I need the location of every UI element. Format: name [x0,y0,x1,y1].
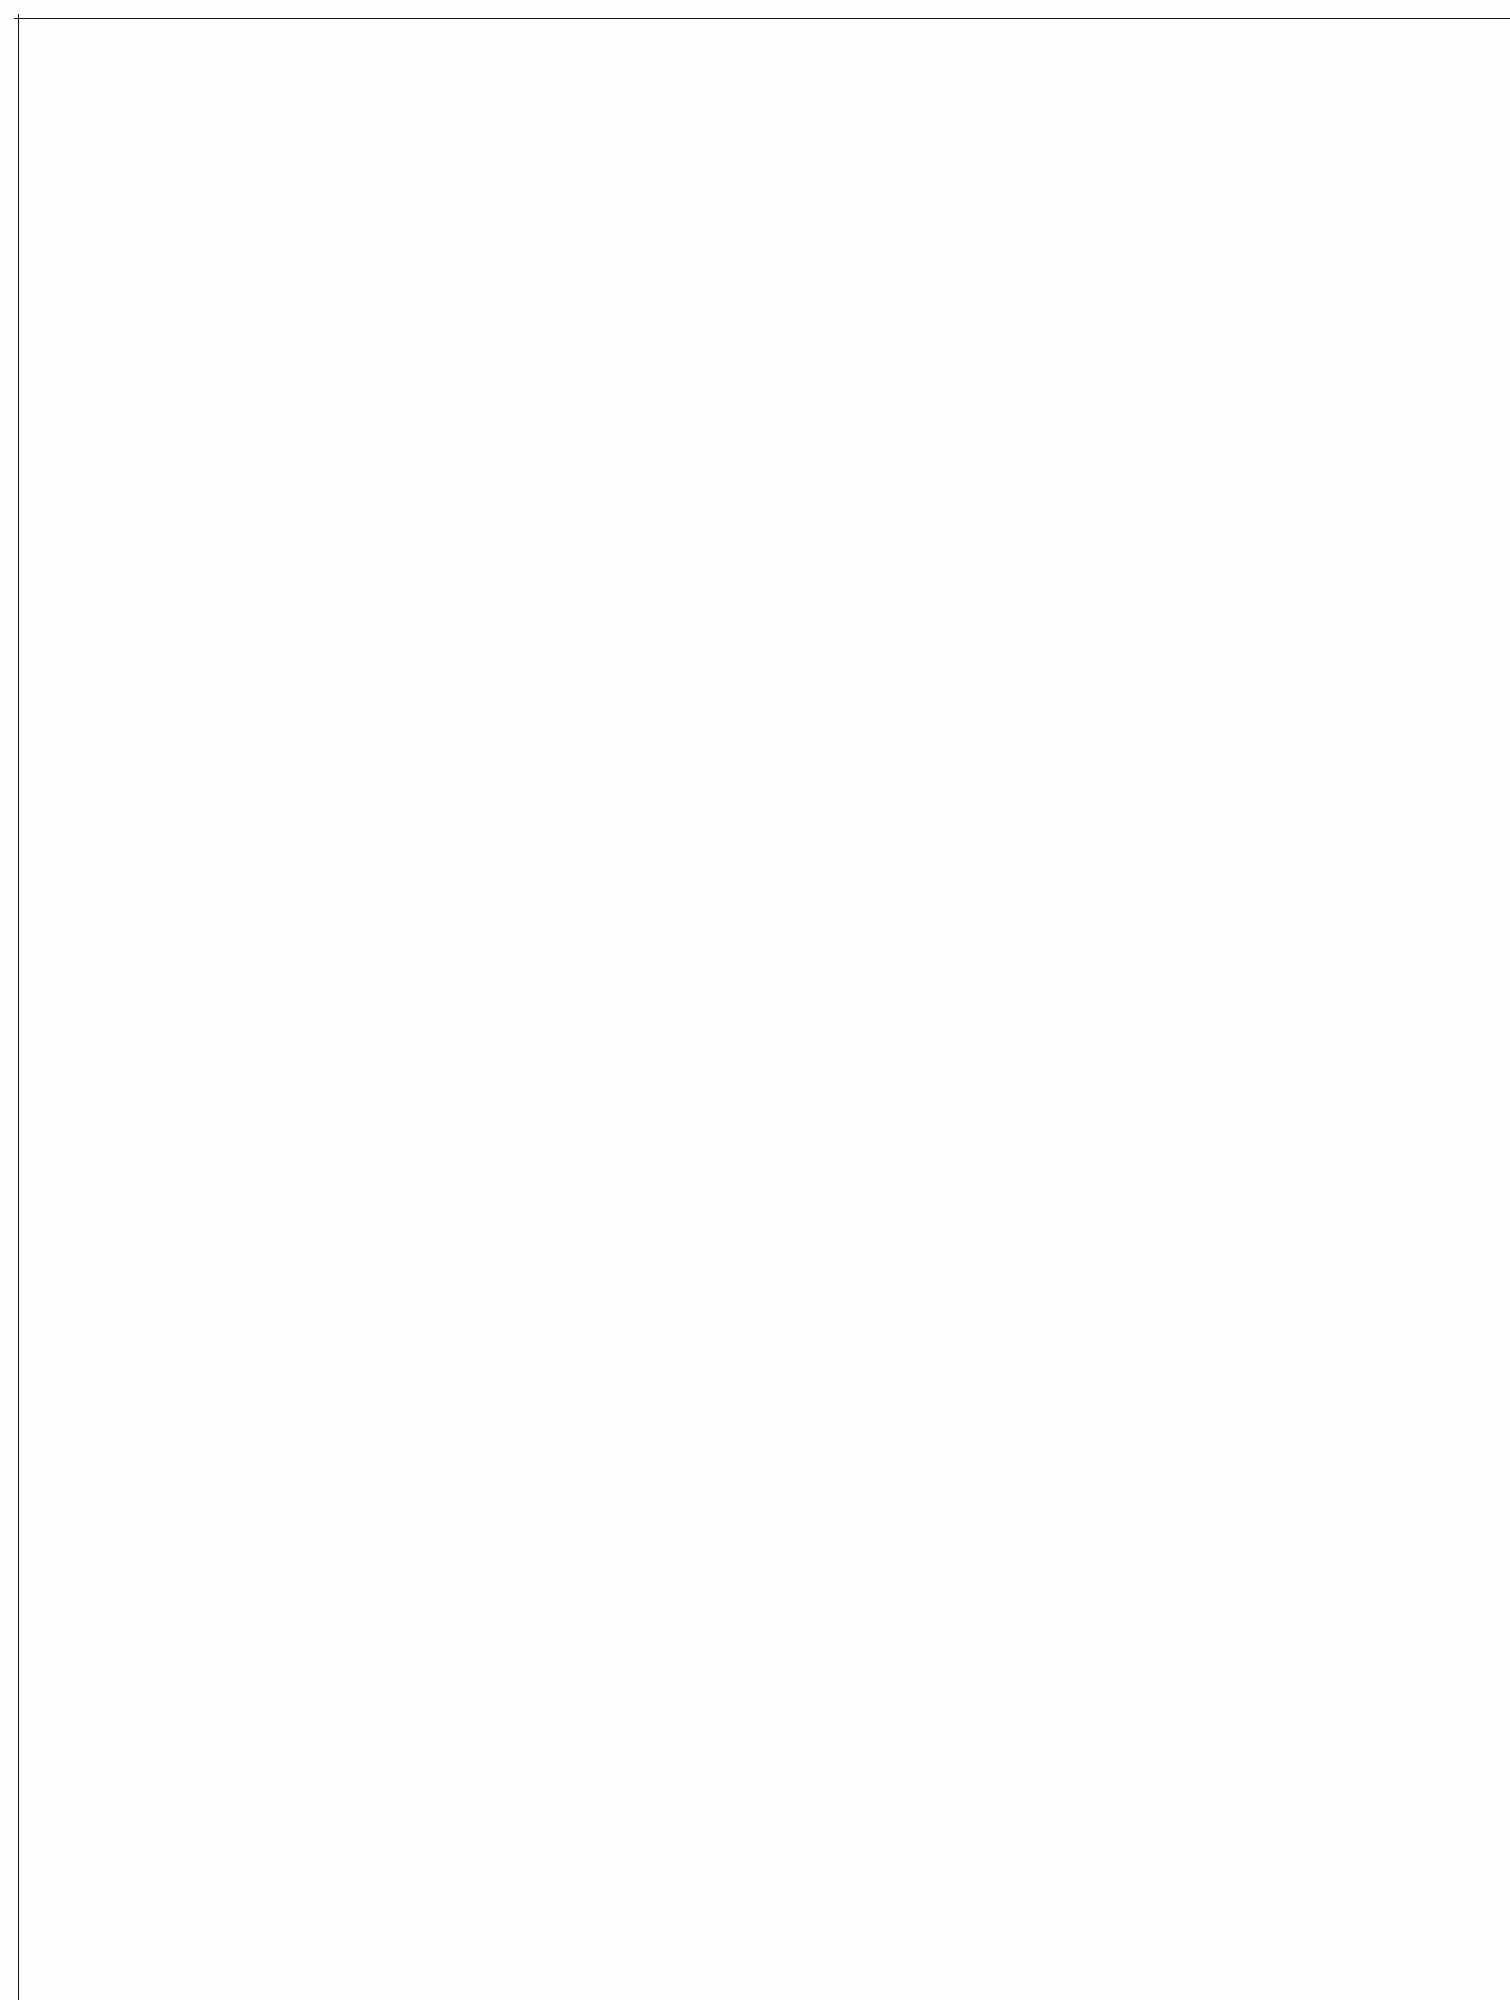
ruler-top-edge-line [14,18,1510,20]
ruler-left-edge-line [18,14,20,2000]
manuscript-photo [35,35,1510,2000]
scan-viewport [0,0,1510,2000]
